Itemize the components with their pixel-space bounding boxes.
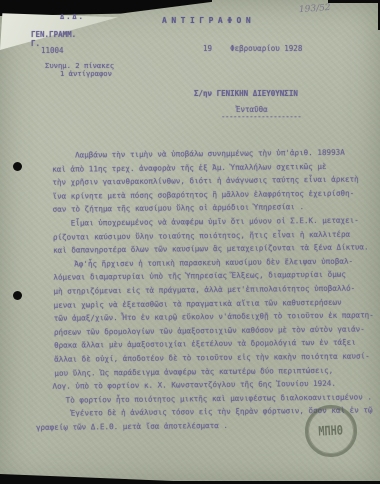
- recipient-underline: --------------------: [221, 112, 301, 121]
- sender-initials: Δ.Δ.: [60, 13, 85, 21]
- recipient-line: Σ/ην ΓΕΝΙΚΗΝ ΔΙΕΥΘΥΝΣΙΝ: [194, 89, 298, 98]
- scan-edge-top-right: [328, 0, 380, 3]
- office-label: ΓΕΝ.ΓΡΑΜΜ.: [31, 30, 76, 39]
- archive-stamp-letters: ΜΠΗΘ: [318, 423, 343, 439]
- attachments-line-2: 1 ἀντίγραφον: [60, 69, 112, 78]
- copy-heading: ΑΝΤΙΓΡΑΦΟΝ: [162, 16, 255, 25]
- hole-punch-bottom: [13, 291, 22, 300]
- section-letter: Γ.: [31, 39, 40, 48]
- body-text: Λαμβάνω τὴν τιμὴν νὰ ὑποβάλω συνημμένως …: [30, 146, 367, 435]
- protocol-number: 11004: [41, 46, 64, 55]
- document-date: 19 Φεβρουαρίου 1928: [203, 44, 302, 53]
- hole-punch-top: [13, 162, 22, 171]
